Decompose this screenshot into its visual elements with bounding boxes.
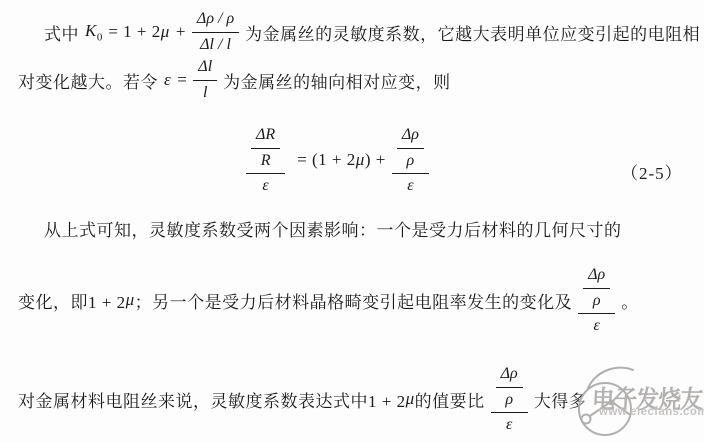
equation-mid-2: ) +: [365, 150, 386, 170]
denominator: ε: [506, 413, 512, 436]
outer-numerator: Δρ ρ: [578, 263, 615, 315]
inner-numerator: Δρ: [583, 264, 610, 289]
inner-denominator: ρ: [505, 388, 513, 411]
lhs-inner-denominator: R: [261, 149, 271, 172]
p1l1-suffix-text: 为金属丝的灵敏度系数，它越大表明单位应变引起的电阻相: [245, 20, 700, 45]
fraction-drho-over-dl: Δρ / ρ Δl / l: [192, 8, 239, 56]
inner-fraction: Δρ ρ: [496, 363, 523, 411]
epsilon-symbol: ε: [164, 70, 171, 90]
inner-numerator: Δρ: [496, 363, 523, 388]
p2l2-text-b: ；另一个是受力后材料晶格畸变引起电阻率发生的变化及: [135, 288, 573, 313]
document-page: 式中 K0 = 1 + 2 μ + Δρ / ρ Δl / l 为金属丝的灵敏度…: [0, 0, 704, 442]
outer-numerator: Δρ ρ: [491, 362, 528, 414]
fraction-numerator: Δl: [193, 56, 217, 81]
mu-symbol: μ: [126, 290, 135, 310]
equation-mid-1: = (1 + 2: [297, 150, 356, 170]
k0-variable: K0: [85, 21, 102, 43]
p2l2-text-a: 变化，即1 + 2: [18, 288, 126, 313]
p2l1-text: 从上式可知，灵敏度系数受两个因素影响：一个是受力后材料的几何尺寸的: [44, 216, 622, 241]
p2l2-period: 。: [621, 288, 639, 313]
paragraph-1-line-2: 对变化越大。若令 ε = Δl l 为金属丝的轴向相对应变，则: [18, 58, 451, 102]
equals-sign: =: [177, 70, 187, 90]
inner-fraction: Δρ ρ: [583, 264, 610, 312]
lhs-inner-numerator: ΔR: [251, 124, 280, 149]
p1l1-equation-mid: = 1 + 2: [108, 22, 160, 42]
p3-text-b: 的值要比: [415, 387, 485, 412]
inner-denominator: ρ: [593, 289, 601, 312]
lhs-nested-fraction: ΔR R ε: [246, 123, 285, 197]
fraction-denominator: l: [203, 81, 207, 104]
rhs-inner-denominator: ρ: [407, 149, 415, 172]
fraction-numerator: Δρ / ρ: [192, 8, 239, 33]
rhs-nested-fraction: Δρ ρ ε: [392, 123, 429, 197]
mu-symbol: μ: [161, 22, 170, 42]
inline-nested-fraction: Δρ ρ ε: [578, 263, 615, 337]
lhs-inner-fraction: ΔR R: [251, 124, 280, 172]
lhs-outer-numerator: ΔR R: [246, 123, 285, 175]
k-symbol: K: [85, 21, 97, 40]
rhs-inner-numerator: Δρ: [397, 124, 424, 149]
fraction-denominator: Δl / l: [200, 33, 231, 56]
mu-symbol: μ: [406, 389, 415, 409]
fraction-dl-over-l: Δl l: [193, 56, 217, 104]
watermark-url-text: www.elecfans.com: [599, 406, 704, 418]
p3-text-a: 对金属材料电阻丝来说，灵敏度系数表达式中1 + 2: [18, 387, 406, 412]
p1l2-suffix-text: 为金属丝的轴向相对应变，则: [223, 68, 451, 93]
paragraph-2-line-2: 变化，即1 + 2 μ ；另一个是受力后材料晶格畸变引起电阻率发生的变化及 Δρ…: [18, 259, 639, 341]
mu-symbol: μ: [356, 150, 365, 170]
denominator: ε: [594, 314, 600, 337]
rhs-denominator: ε: [407, 174, 413, 197]
inline-nested-fraction: Δρ ρ ε: [491, 362, 528, 436]
equation-number: （2-5）: [621, 159, 683, 184]
lhs-denominator: ε: [262, 174, 268, 197]
k-subscript: 0: [97, 31, 103, 43]
plus-sign: +: [176, 22, 186, 42]
p1l1-prefix-text: 式中: [44, 20, 79, 45]
equation-2-5: ΔR R ε = (1 + 2 μ ) + Δρ ρ ε: [240, 117, 435, 203]
paragraph-2-line-1: 从上式可知，灵敏度系数受两个因素影响：一个是受力后材料的几何尺寸的: [44, 215, 622, 241]
paragraph-3-line-1: 对金属材料电阻丝来说，灵敏度系数表达式中1 + 2 μ 的值要比 Δρ ρ ε …: [18, 356, 586, 442]
rhs-outer-numerator: Δρ ρ: [392, 123, 429, 175]
rhs-inner-fraction: Δρ ρ: [397, 124, 424, 172]
p1l2-prefix-text: 对变化越大。若令: [18, 68, 158, 93]
paragraph-1-line-1: 式中 K0 = 1 + 2 μ + Δρ / ρ Δl / l 为金属丝的灵敏度…: [44, 6, 700, 58]
